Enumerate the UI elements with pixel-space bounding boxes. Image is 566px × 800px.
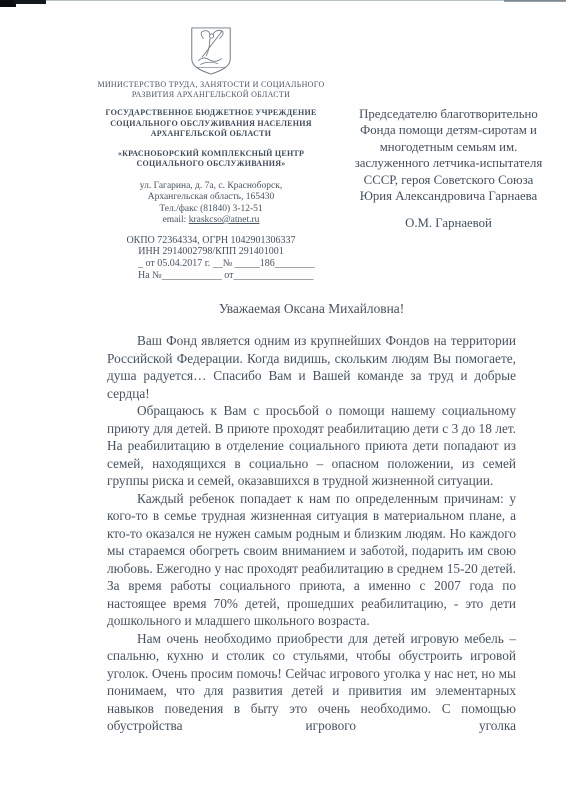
ministry-name-line: МИНИСТЕРСТВО ТРУДА, ЗАНЯТОСТИ И СОЦИАЛЬН… xyxy=(65,80,357,90)
emblem-container xyxy=(65,26,357,76)
registration-code-line: ИНН 2914002798/КПП 291401001 xyxy=(65,246,357,258)
letterhead-column: МИНИСТЕРСТВО ТРУДА, ЗАНЯТОСТИ И СОЦИАЛЬН… xyxy=(65,26,357,258)
letter-paragraph: Ваш Фонд является одним из крупнейших Фо… xyxy=(107,332,516,402)
addressee-line: Фонда помощи детям-сиротам и xyxy=(345,122,552,138)
scan-corner-mark-thin xyxy=(14,0,46,4)
address-line: Архангельская область, 165430 xyxy=(65,192,357,204)
addressee-line: заслуженного летчика-испытателя xyxy=(345,155,552,171)
addressee-line: СССР, героя Советского Союза xyxy=(345,172,552,188)
address-line: Тел./факс (81840) 3-12-51 xyxy=(65,204,357,216)
letter-body: Уважаемая Оксана Михайловна! Ваш Фонд яв… xyxy=(107,300,516,735)
ministry-name: МИНИСТЕРСТВО ТРУДА, ЗАНЯТОСТИ И СОЦИАЛЬН… xyxy=(65,80,357,100)
letter-paragraph: Обращаюсь к Вам с просьбой о помощи наше… xyxy=(107,402,516,490)
address-line: ул. Гагарина, д. 7а, с. Красноборск, xyxy=(65,181,357,193)
addressee-line: Юрия Александровича Гарнаева xyxy=(345,188,552,204)
registration-codes: ОКПО 72364334, ОГРН 1042901306337ИНН 291… xyxy=(65,235,357,258)
letter-paragraph: Нам очень необходимо приобрести для дете… xyxy=(107,630,516,735)
reference-line: _ от 05.04.2017 г. __№ _____186________ xyxy=(138,258,315,270)
ministry-name-line: РАЗВИТИЯ АРХАНГЕЛЬСКОЙ ОБЛАСТИ xyxy=(65,90,357,100)
organization-type-line: АРХАНГЕЛЬСКОЙ ОБЛАСТИ xyxy=(65,129,357,140)
email-label: email: xyxy=(163,215,187,225)
organization-name-line: «КРАСНОБОРСКИЙ КОМПЛЕКСНЫЙ ЦЕНТР xyxy=(65,149,357,160)
reference-line: На №____________ от________________ xyxy=(138,270,315,282)
letter-paragraph: Каждый ребенок попадает к нам по определ… xyxy=(107,490,516,630)
organization-name: «КРАСНОБОРСКИЙ КОМПЛЕКСНЫЙ ЦЕНТРСОЦИАЛЬН… xyxy=(65,149,357,170)
organization-type-line: ГОСУДАРСТВЕННОЕ БЮДЖЕТНОЕ УЧРЕЖДЕНИЕ xyxy=(65,108,357,119)
scan-top-right-artifact xyxy=(504,0,566,2)
organization-type: ГОСУДАРСТВЕННОЕ БЮДЖЕТНОЕ УЧРЕЖДЕНИЕСОЦИ… xyxy=(65,108,357,140)
email-line: email: kraskcso@atnet.ru xyxy=(65,215,357,227)
addressee-name: О.М. Гарнаевой xyxy=(345,215,552,231)
salutation: Уважаемая Оксана Михайловна! xyxy=(107,300,516,317)
organization-address: ул. Гагарина, д. 7а, с. Красноборск,Арха… xyxy=(65,181,357,216)
addressee-lines: Председателю благотворительноФонда помощ… xyxy=(345,106,552,204)
reference-lines: _ от 05.04.2017 г. __№ _____186________Н… xyxy=(138,258,315,282)
registration-code-line: ОКПО 72364334, ОГРН 1042901306337 xyxy=(65,235,357,247)
addressee-line: многодетным семьям им. xyxy=(345,139,552,155)
organization-name-line: СОЦИАЛЬНОГО ОБСЛУЖИВАНИЯ» xyxy=(65,159,357,170)
scanned-letter-page: МИНИСТЕРСТВО ТРУДА, ЗАНЯТОСТИ И СОЦИАЛЬН… xyxy=(0,0,566,800)
email-address: kraskcso@atnet.ru xyxy=(189,215,260,225)
organization-type-line: СОЦИАЛЬНОГО ОБСЛУЖИВАНИЯ НАСЕЛЕНИЯ xyxy=(65,119,357,130)
letter-paragraphs: Ваш Фонд является одним из крупнейших Фо… xyxy=(107,332,516,735)
addressee-line: Председателю благотворительно xyxy=(345,106,552,122)
coat-of-arms-icon xyxy=(188,26,234,76)
scan-top-edge-artifact xyxy=(0,0,566,1)
addressee-block: Председателю благотворительноФонда помощ… xyxy=(345,106,552,232)
